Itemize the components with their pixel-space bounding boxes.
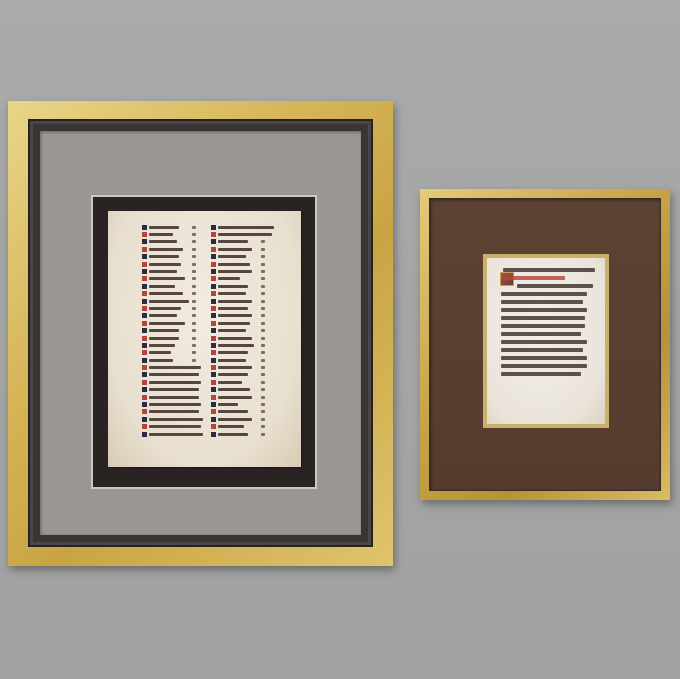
manuscript-text-line bbox=[501, 324, 585, 328]
manuscript-line bbox=[211, 283, 274, 289]
manuscript-text-line bbox=[501, 292, 587, 296]
manuscript-line bbox=[142, 372, 203, 378]
manuscript-line bbox=[142, 224, 203, 230]
manuscript-line bbox=[211, 313, 274, 319]
manuscript-line bbox=[211, 372, 274, 378]
rubricated-initial bbox=[142, 365, 147, 370]
right-brown-mat bbox=[429, 198, 661, 491]
rubricated-initial bbox=[142, 336, 147, 341]
manuscript-line bbox=[211, 364, 274, 370]
manuscript-text-line bbox=[501, 316, 585, 320]
manuscript-text-line bbox=[501, 300, 583, 304]
rubricated-initial bbox=[211, 402, 216, 407]
rubricated-initial bbox=[211, 424, 216, 429]
manuscript-line bbox=[142, 416, 203, 422]
rubricated-initial bbox=[142, 284, 147, 289]
manuscript-line bbox=[142, 320, 203, 326]
manuscript-line bbox=[142, 254, 203, 260]
rubricated-initial bbox=[142, 299, 147, 304]
manuscript-line bbox=[211, 394, 274, 400]
manuscript-line bbox=[211, 239, 274, 245]
left-dark-inner-mat bbox=[91, 195, 317, 489]
rubricated-initial bbox=[211, 225, 216, 230]
manuscript-line bbox=[211, 342, 274, 348]
manuscript-line bbox=[211, 254, 274, 260]
manuscript-line bbox=[211, 327, 274, 333]
manuscript-line bbox=[142, 424, 203, 430]
right-gilt-window-border bbox=[483, 254, 609, 428]
right-manuscript-leaf bbox=[487, 258, 605, 424]
rubricated-initial bbox=[211, 284, 216, 289]
manuscript-line bbox=[142, 291, 203, 297]
manuscript-line bbox=[142, 409, 203, 415]
manuscript-line bbox=[211, 401, 274, 407]
manuscript-line bbox=[211, 276, 274, 282]
rubricated-initial bbox=[211, 343, 216, 348]
manuscript-text-line bbox=[503, 268, 595, 272]
rubricated-initial bbox=[211, 306, 216, 311]
rubricated-initial bbox=[211, 232, 216, 237]
rubricated-initial bbox=[142, 402, 147, 407]
rubricated-initial bbox=[142, 409, 147, 414]
rubricated-initial bbox=[211, 321, 216, 326]
rubricated-initial bbox=[211, 395, 216, 400]
rubricated-initial bbox=[211, 269, 216, 274]
rubricated-initial bbox=[142, 247, 147, 252]
rubricated-initial bbox=[211, 417, 216, 422]
manuscript-line bbox=[142, 239, 203, 245]
manuscript-line bbox=[211, 431, 274, 437]
manuscript-text-line bbox=[501, 364, 587, 368]
rubricated-initial bbox=[142, 380, 147, 385]
manuscript-line bbox=[142, 305, 203, 311]
rubricated-initial bbox=[211, 409, 216, 414]
manuscript-column-2 bbox=[211, 224, 274, 438]
rubricated-initial bbox=[142, 358, 147, 363]
right-picture-frame bbox=[420, 189, 670, 500]
manuscript-line bbox=[211, 350, 274, 356]
rubricated-initial bbox=[142, 395, 147, 400]
rubricated-initial bbox=[142, 306, 147, 311]
rubricated-initial bbox=[142, 276, 147, 281]
left-gray-mat bbox=[40, 131, 361, 535]
manuscript-line bbox=[211, 246, 274, 252]
rubricated-initial bbox=[142, 321, 147, 326]
manuscript-line bbox=[211, 416, 274, 422]
manuscript-line bbox=[211, 335, 274, 341]
manuscript-column-1 bbox=[142, 224, 203, 438]
manuscript-line bbox=[142, 357, 203, 363]
manuscript-text-line bbox=[501, 372, 581, 376]
rubricated-initial bbox=[142, 239, 147, 244]
manuscript-line bbox=[142, 342, 203, 348]
manuscript-line bbox=[142, 401, 203, 407]
manuscript-line bbox=[211, 224, 274, 230]
rubricated-initial bbox=[142, 343, 147, 348]
manuscript-line bbox=[211, 305, 274, 311]
manuscript-line bbox=[142, 394, 203, 400]
manuscript-text-line bbox=[517, 284, 593, 288]
rubricated-initial bbox=[142, 232, 147, 237]
rubricated-initial bbox=[211, 336, 216, 341]
rubricated-initial bbox=[142, 269, 147, 274]
rubricated-initial bbox=[142, 291, 147, 296]
manuscript-text-line bbox=[501, 332, 581, 336]
rubricated-initial bbox=[142, 432, 147, 437]
manuscript-line bbox=[211, 268, 274, 274]
rubricated-initial bbox=[211, 247, 216, 252]
manuscript-text-line bbox=[501, 340, 587, 344]
manuscript-line bbox=[142, 283, 203, 289]
manuscript-line bbox=[142, 379, 203, 385]
rubricated-initial bbox=[211, 313, 216, 318]
rubricated-initial bbox=[142, 424, 147, 429]
rubricated-initial bbox=[211, 432, 216, 437]
manuscript-line bbox=[142, 431, 203, 437]
rubricated-initial bbox=[211, 239, 216, 244]
rubricated-initial bbox=[211, 365, 216, 370]
manuscript-line bbox=[211, 387, 274, 393]
left-picture-frame bbox=[8, 101, 393, 566]
rubricated-initial bbox=[142, 254, 147, 259]
rubricated-initial bbox=[211, 276, 216, 281]
rubricated-initial bbox=[211, 254, 216, 259]
rubricated-initial bbox=[142, 328, 147, 333]
rubricated-initial bbox=[142, 350, 147, 355]
manuscript-text-line bbox=[501, 308, 587, 312]
manuscript-line bbox=[142, 327, 203, 333]
rubricated-initial bbox=[142, 262, 147, 267]
manuscript-text-line bbox=[501, 356, 587, 360]
rubricated-initial bbox=[211, 372, 216, 377]
manuscript-line bbox=[211, 320, 274, 326]
manuscript-line bbox=[142, 364, 203, 370]
rubricated-initial bbox=[211, 291, 216, 296]
manuscript-text-line bbox=[503, 276, 565, 280]
manuscript-line bbox=[142, 261, 203, 267]
rubricated-initial bbox=[211, 299, 216, 304]
left-manuscript-leaf bbox=[108, 211, 301, 467]
rubricated-initial bbox=[211, 262, 216, 267]
manuscript-line bbox=[211, 379, 274, 385]
manuscript-line bbox=[142, 268, 203, 274]
rubricated-initial bbox=[211, 328, 216, 333]
rubricated-initial bbox=[211, 387, 216, 392]
manuscript-line bbox=[211, 424, 274, 430]
rubricated-initial bbox=[142, 225, 147, 230]
manuscript-line bbox=[142, 246, 203, 252]
manuscript-line bbox=[142, 298, 203, 304]
manuscript-line bbox=[142, 313, 203, 319]
manuscript-line bbox=[211, 231, 274, 237]
rubricated-initial bbox=[211, 380, 216, 385]
manuscript-line bbox=[142, 350, 203, 356]
manuscript-line bbox=[142, 276, 203, 282]
manuscript-line bbox=[211, 357, 274, 363]
manuscript-line bbox=[142, 387, 203, 393]
manuscript-line bbox=[211, 291, 274, 297]
rubricated-initial bbox=[142, 417, 147, 422]
rubricated-initial bbox=[142, 372, 147, 377]
manuscript-text-line bbox=[501, 348, 583, 352]
rubricated-initial bbox=[142, 313, 147, 318]
rubricated-initial bbox=[211, 358, 216, 363]
manuscript-line bbox=[142, 231, 203, 237]
rubricated-initial bbox=[142, 387, 147, 392]
manuscript-line bbox=[211, 261, 274, 267]
left-frame-inner-moulding bbox=[28, 119, 373, 547]
manuscript-line bbox=[211, 298, 274, 304]
rubricated-initial bbox=[211, 350, 216, 355]
manuscript-line bbox=[211, 409, 274, 415]
manuscript-line bbox=[142, 335, 203, 341]
